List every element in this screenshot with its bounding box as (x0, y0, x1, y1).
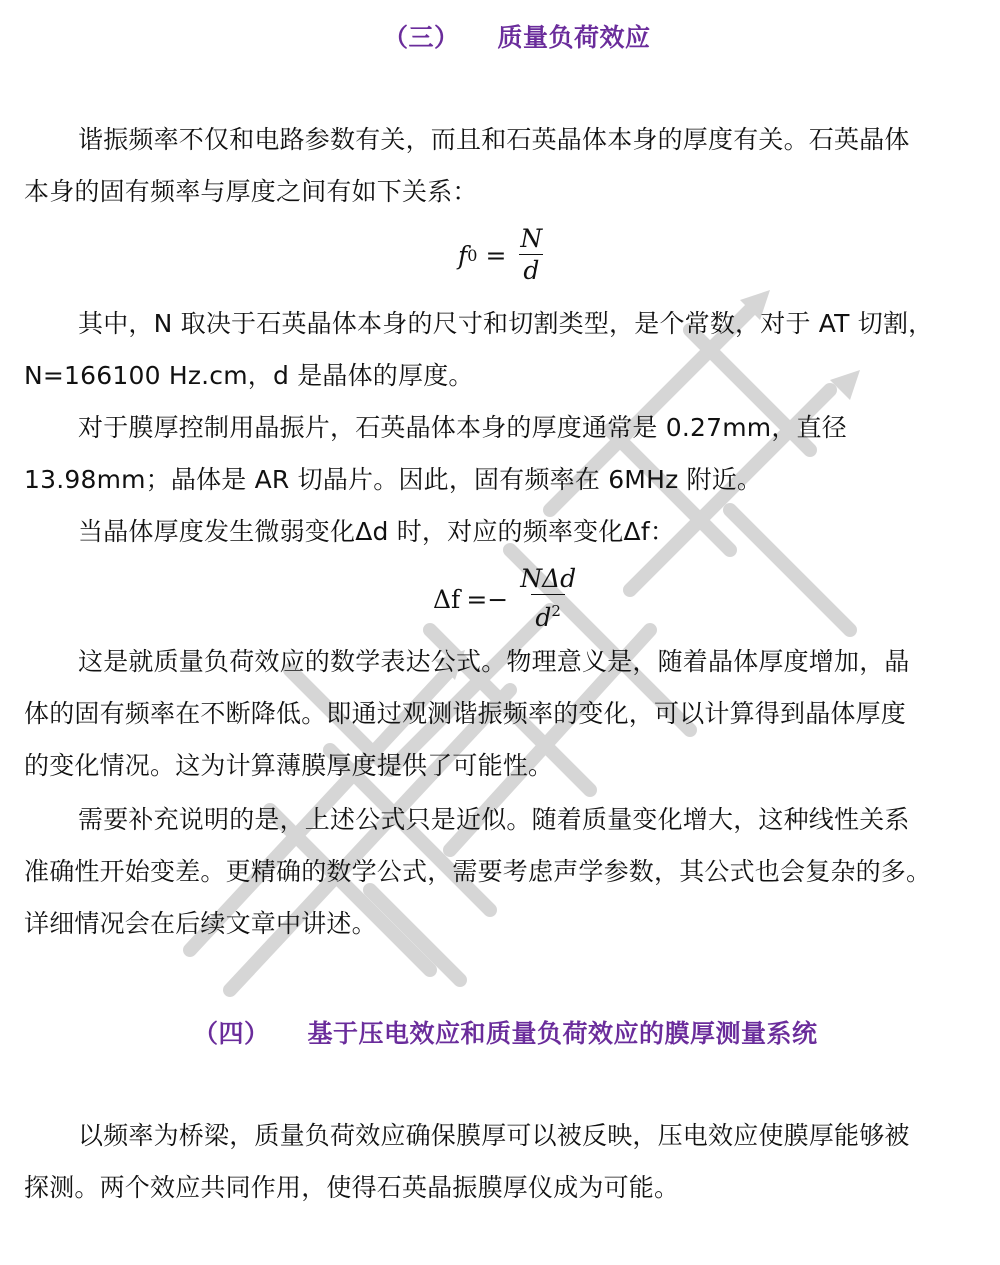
section-title: 质量负荷效应 (498, 23, 651, 52)
formula-exponent: 2 (551, 602, 561, 620)
text-line: 谐振频率不仅和电路参数有关，而且和石英晶体本身的厚度有关。石英晶体 (78, 125, 910, 154)
section-heading-3: （三）质量负荷效应 (383, 18, 651, 54)
formula-equals: = (485, 241, 506, 270)
section-title: 基于压电效应和质量负荷效应的膜厚测量系统 (308, 1019, 818, 1048)
text-line: 当晶体厚度发生微弱变化Δd 时，对应的频率变化Δf： (78, 517, 675, 546)
text-line: 其中，N 取决于石英晶体本身的尺寸和切割类型，是个常数，对于 AT 切割， (78, 309, 933, 338)
paragraph-measurement-system: 以频率为桥梁，质量负荷效应确保膜厚可以被反映，压电效应使膜厚能够被 探测。两个效… (24, 1110, 974, 1214)
text-line: 的变化情况。这为计算薄膜厚度提供了可能性。 (24, 751, 553, 780)
formula-fraction: N d (516, 224, 546, 287)
formula-denominator: d2 (531, 594, 565, 634)
paragraph-physical-meaning: 这是就质量负荷效应的数学表达公式。物理意义是，随着晶体厚度增加，晶 体的固有频率… (24, 636, 974, 792)
formula-var: d (535, 603, 551, 632)
formula-subscript: 0 (467, 246, 477, 265)
section-number: （三） (383, 23, 460, 52)
text-line: 需要补充说明的是，上述公式只是近似。随着质量变化增大，这种线性关系 (78, 805, 910, 834)
text-line: 以频率为桥梁，质量负荷效应确保膜厚可以被反映，压电效应使膜厚能够被 (78, 1121, 910, 1150)
text-line: 本身的固有频率与厚度之间有如下关系： (24, 177, 478, 206)
formula-equals: =− (466, 585, 508, 614)
paragraph-approximation-note: 需要补充说明的是，上述公式只是近似。随着质量变化增大，这种线性关系 准确性开始变… (24, 794, 974, 950)
text-line: 准确性开始变差。更精确的数学公式，需要考虑声学参数，其公式也会复杂的多。 (24, 857, 931, 886)
formula-numerator: NΔd (516, 564, 580, 594)
text-line: N=166100 Hz.cm，d 是晶体的厚度。 (24, 361, 474, 390)
formula-fraction: NΔd d2 (516, 564, 580, 634)
text-line: 这是就质量负荷效应的数学表达公式。物理意义是，随着晶体厚度增加，晶 (78, 647, 910, 676)
formula-frequency-change: Δf =− NΔd d2 (433, 564, 580, 634)
text-line: 详细情况会在后续文章中讲述。 (24, 909, 377, 938)
formula-lhs: Δf (433, 585, 460, 614)
text-line: 对于膜厚控制用晶振片，石英晶体本身的厚度通常是 0.27mm，直径 (78, 413, 847, 442)
text-line: 13.98mm；晶体是 AR 切晶片。因此，固有频率在 6MHz 附近。 (24, 465, 762, 494)
paragraph-delta-intro: 当晶体厚度发生微弱变化Δd 时，对应的频率变化Δf： (24, 506, 974, 558)
formula-var: f (458, 241, 467, 270)
formula-denominator: d (519, 254, 543, 287)
section-number: （四） (193, 1019, 270, 1048)
formula-natural-frequency: f0 = N d (458, 224, 546, 287)
text-line: 体的固有频率在不断降低。即通过观测谐振频率的变化，可以计算得到晶体厚度 (24, 699, 906, 728)
text-line: 探测。两个效应共同作用，使得石英晶振膜厚仪成为可能。 (24, 1173, 679, 1202)
section-heading-4: （四）基于压电效应和质量负荷效应的膜厚测量系统 (193, 1014, 818, 1050)
paragraph-crystal-specs: 对于膜厚控制用晶振片，石英晶体本身的厚度通常是 0.27mm，直径 13.98m… (24, 402, 974, 506)
paragraph-resonance-intro: 谐振频率不仅和电路参数有关，而且和石英晶体本身的厚度有关。石英晶体 本身的固有频… (24, 114, 974, 218)
formula-numerator: N (516, 224, 546, 254)
paragraph-constant-n: 其中，N 取决于石英晶体本身的尺寸和切割类型，是个常数，对于 AT 切割， N=… (24, 298, 974, 402)
